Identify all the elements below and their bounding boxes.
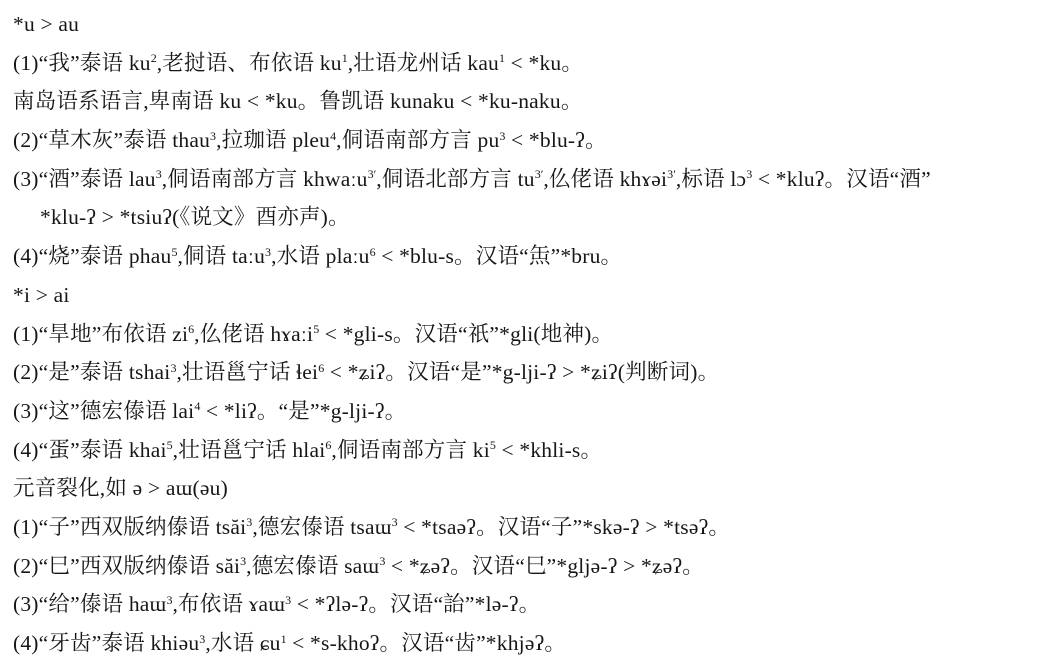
tone-superscript: 3 xyxy=(499,129,505,143)
document-body: *u > au(1)“我”泰语 ku2,老挝语、布依语 ku1,壮语龙州话 ka… xyxy=(13,5,1032,663)
tone-superscript: 5 xyxy=(171,245,177,259)
tone-superscript: 6 xyxy=(370,245,376,259)
tone-superscript: 3 xyxy=(156,167,162,181)
tone-superscript: 5 xyxy=(490,438,496,452)
text-line: (2)“是”泰语 tshai3,壮语邕宁话 ɬei6 < *ʑiʔ。汉语“是”*… xyxy=(13,353,1032,392)
tone-superscript: 4 xyxy=(194,399,200,413)
tone-superscript: 2 xyxy=(151,51,157,65)
tone-superscript: 6 xyxy=(325,438,331,452)
tone-superscript: 3′ xyxy=(368,167,377,181)
tone-superscript: 3 xyxy=(199,632,205,646)
tone-superscript: 6 xyxy=(188,322,194,336)
tone-superscript: 3 xyxy=(392,515,398,529)
tone-superscript: 1 xyxy=(281,632,287,646)
tone-superscript: 3 xyxy=(170,361,176,375)
tone-superscript: 6 xyxy=(318,361,324,375)
tone-superscript: 4 xyxy=(330,129,336,143)
text-line: (4)“牙齿”泰语 khiəu3,水语 ɕu1 < *s-khoʔ。汉语“齿”*… xyxy=(13,624,1032,663)
tone-superscript: 3 xyxy=(379,554,385,568)
text-line: (1)“旱地”布依语 zi6,仫佬语 hɤaːi5 < *gli-s。汉语“祇”… xyxy=(13,315,1032,354)
text-line: (2)“巳”西双版纳傣语 săi3,德宏傣语 saɯ3 < *ʑəʔ。汉语“巳”… xyxy=(13,547,1032,586)
text-line: 元音裂化,如 ə > aɯ(əu) xyxy=(13,469,1032,508)
tone-superscript: 3 xyxy=(210,129,216,143)
tone-superscript: 5 xyxy=(313,322,319,336)
text-line: (1)“子”西双版纳傣语 tsăi3,德宏傣语 tsaɯ3 < *tsaəʔ。汉… xyxy=(13,508,1032,547)
text-line: *i > ai xyxy=(13,276,1032,315)
tone-superscript: 3 xyxy=(285,593,291,607)
tone-superscript: 3 xyxy=(240,554,246,568)
text-line: (1)“我”泰语 ku2,老挝语、布依语 ku1,壮语龙州话 kau1 < *k… xyxy=(13,44,1032,83)
text-line: *u > au xyxy=(13,5,1032,44)
tone-superscript: 3′ xyxy=(667,167,676,181)
text-line: (4)“烧”泰语 phau5,侗语 taːu3,水语 plaːu6 < *blu… xyxy=(13,237,1032,276)
text-line: (3)“给”傣语 haɯ3,布依语 ɤaɯ3 < *ʔlə-ʔ。汉语“詒”*lə… xyxy=(13,585,1032,624)
text-line: 南岛语系语言,卑南语 ku < *ku。鲁凯语 kunaku < *ku-nak… xyxy=(13,82,1032,121)
tone-superscript: 1 xyxy=(342,51,348,65)
tone-superscript: 3 xyxy=(746,167,752,181)
tone-superscript: 3 xyxy=(265,245,271,259)
text-line: *klu-ʔ > *tsiuʔ(《说文》酉亦声)。 xyxy=(13,198,1032,237)
text-line: (3)“酒”泰语 lau3,侗语南部方言 khwaːu3′,侗语北部方言 tu3… xyxy=(13,160,1032,199)
text-line: (3)“这”德宏傣语 lai4 < *liʔ。“是”*g-lji-ʔ。 xyxy=(13,392,1032,431)
tone-superscript: 3′ xyxy=(535,167,544,181)
tone-superscript: 5 xyxy=(167,438,173,452)
tone-superscript: 1 xyxy=(499,51,505,65)
tone-superscript: 3 xyxy=(166,593,172,607)
tone-superscript: 3 xyxy=(246,515,252,529)
document-page: *u > au(1)“我”泰语 ku2,老挝语、布依语 ku1,壮语龙州话 ka… xyxy=(0,0,1038,664)
text-line: (2)“草木灰”泰语 thau3,拉珈语 pleu4,侗语南部方言 pu3 < … xyxy=(13,121,1032,160)
text-line: (4)“蛋”泰语 khai5,壮语邕宁话 hlai6,侗语南部方言 ki5 < … xyxy=(13,431,1032,470)
